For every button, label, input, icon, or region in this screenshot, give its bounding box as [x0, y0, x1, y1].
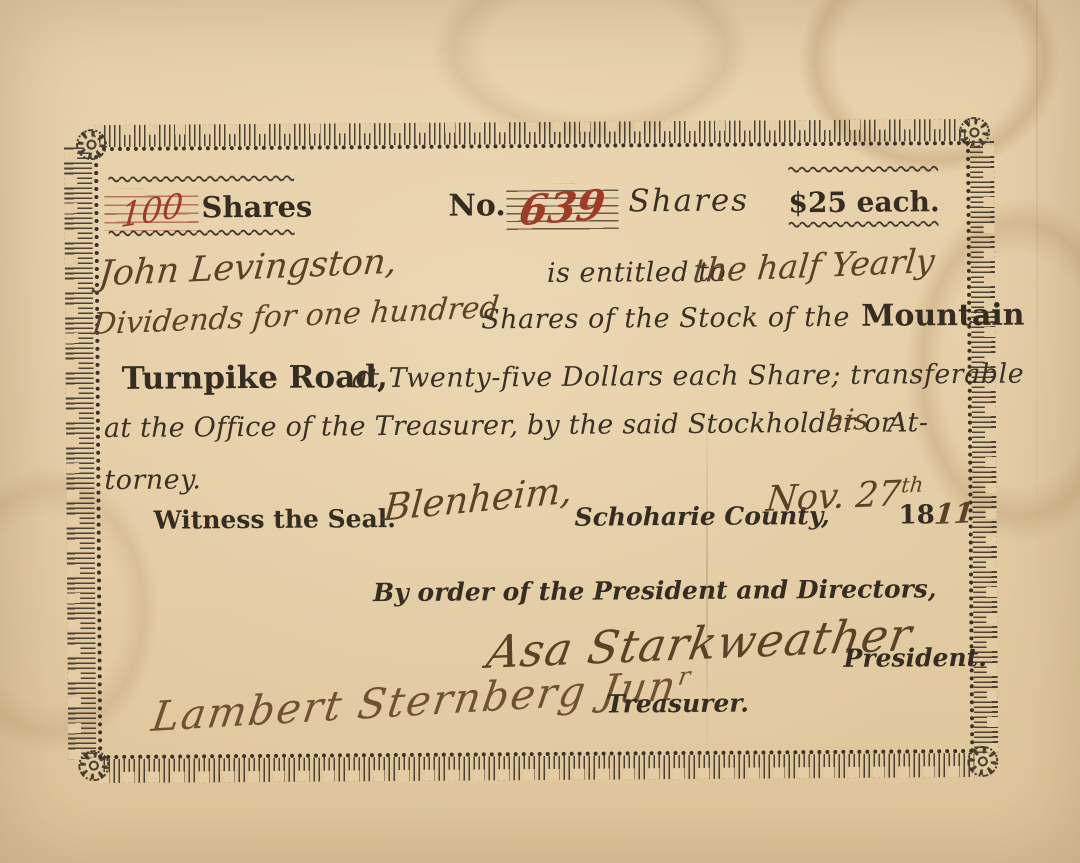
- rosette-icon: [959, 117, 990, 148]
- office-printed: at the Office of the Treasurer, by the s…: [104, 408, 894, 445]
- certificate-body: 100 Shares No. 639 Shares $25 each. John…: [0, 0, 1080, 863]
- treasurer-title: Treasurer.: [606, 689, 749, 719]
- border-comb-left: [64, 147, 96, 759]
- his-handwritten: his: [824, 402, 870, 438]
- attorney-break: At-: [888, 407, 929, 438]
- shares-word-script: Shares: [628, 183, 749, 220]
- year: 1811: [898, 497, 973, 531]
- witness-label: Witness the Seal.: [154, 504, 397, 535]
- rosette-icon: [76, 129, 107, 160]
- president-title: President.: [843, 643, 986, 673]
- wavy-rule: [789, 219, 939, 229]
- shares-label: Shares: [201, 190, 312, 225]
- date-ordinal: th: [900, 473, 924, 498]
- shares-count-box: 100: [104, 188, 198, 231]
- rosette-icon: [78, 750, 109, 781]
- order-line: By order of the President and Directors,: [373, 574, 937, 607]
- wavy-rule: [788, 164, 938, 174]
- shares-count-value: 100: [119, 185, 184, 235]
- company-name-turnpike: Turnpike Road,: [121, 359, 387, 397]
- certificate-no-label: No.: [448, 188, 506, 223]
- attorney-tail: torney.: [104, 464, 201, 496]
- certificate-number-value: 639: [517, 180, 609, 235]
- date-value: Nov. 27: [765, 474, 903, 520]
- rosette-icon: [967, 746, 998, 777]
- wavy-rule: [108, 174, 294, 184]
- terms-printed: at Twenty-five Dollars each Share; trans…: [352, 359, 1025, 395]
- year-handwritten: 11: [933, 496, 975, 531]
- price-per-share: $25 each.: [788, 185, 940, 219]
- stock-printed: Shares of the Stock of the: [481, 302, 850, 336]
- certificate-number-box: 639: [506, 183, 618, 232]
- company-name-mountain: Mountain: [861, 298, 1025, 334]
- year-printed: 18: [898, 500, 934, 530]
- certificate-paper: 100 Shares No. 639 Shares $25 each. John…: [0, 0, 1080, 863]
